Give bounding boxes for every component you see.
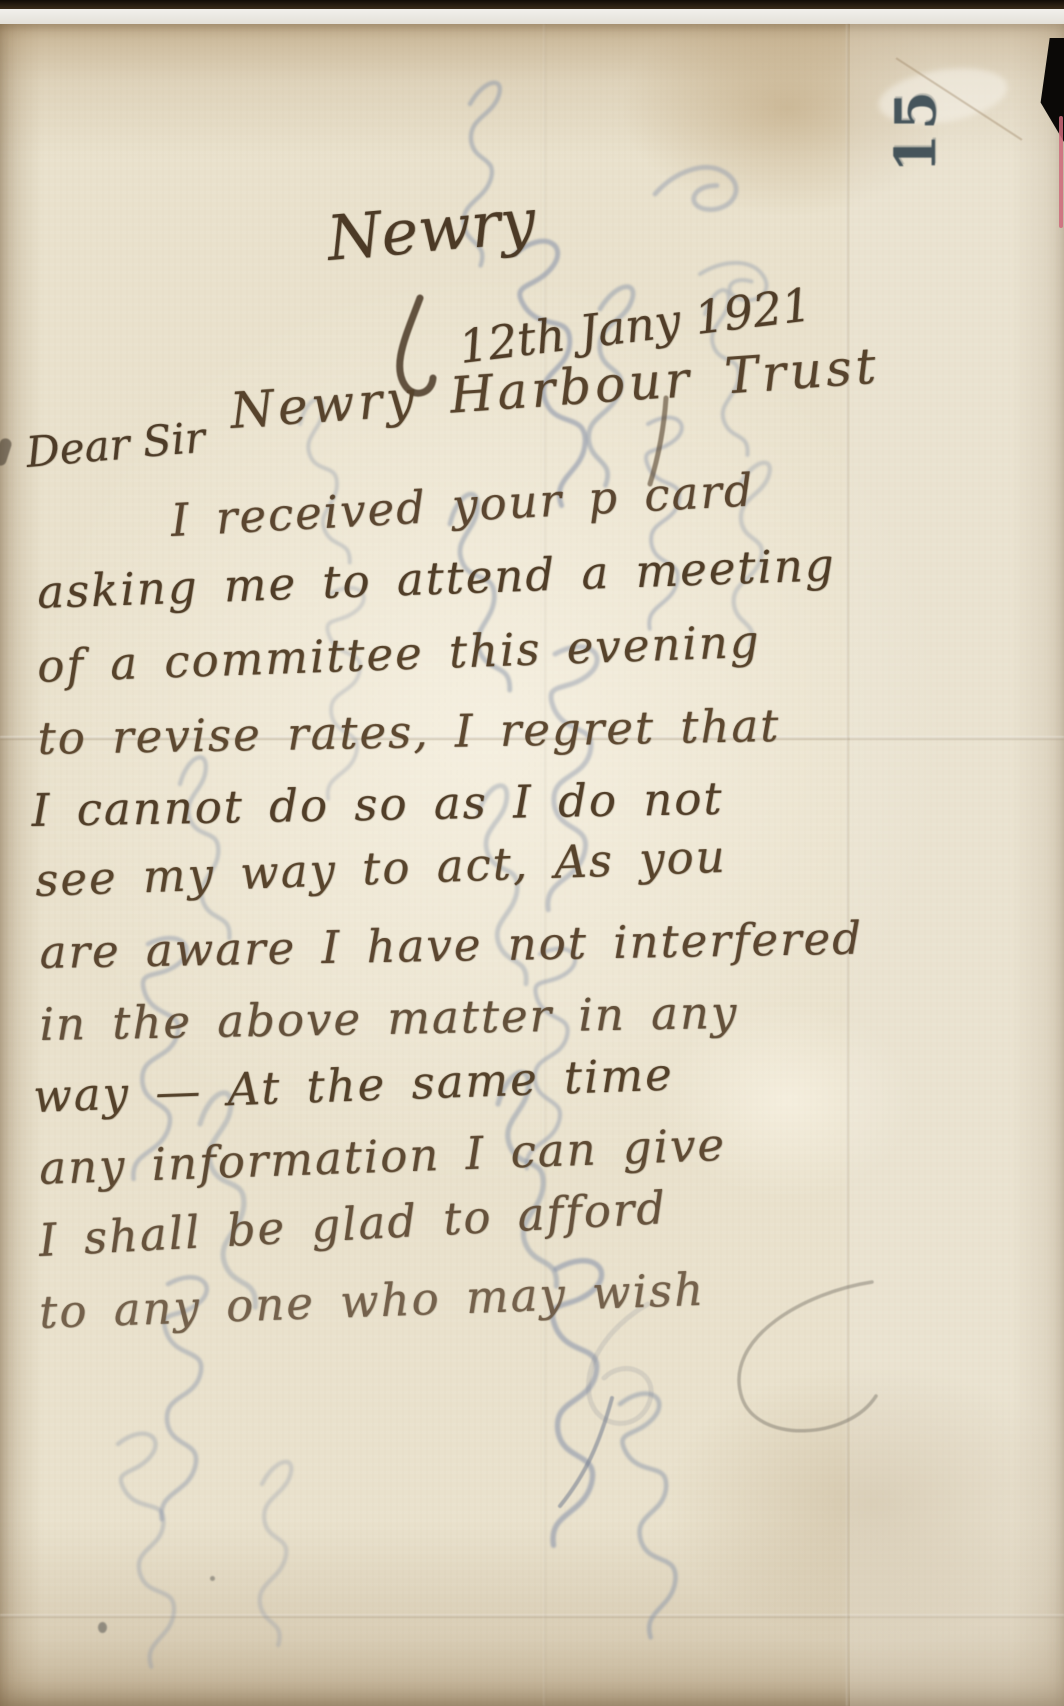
binding-gutter-edge [0,0,1064,9]
letter-line-6: see my way to act, As you [34,834,727,903]
letter-line-5: I cannot do so as I do not [31,776,724,833]
signature-flourish-tail [560,1398,612,1506]
letter-place: Newry [325,190,538,270]
letter-line-11: I shall be glad to afford [38,1185,668,1263]
letter-line-9: way — At the same time [32,1052,674,1119]
letter-line-10: any information I can give [38,1122,726,1191]
paper-speck [98,1622,107,1633]
letter-paper: 15 Newry 12th Jany 1921 Newry Harbour Tr… [0,24,1064,1706]
red-edge-thread [1059,116,1063,228]
folio-number-stamp: 15 [872,80,960,180]
letter-line-4: to revise rates, I regret that [37,703,780,761]
left-edge-ink-mark [0,437,13,467]
letter-line-3: of a committee this evening [36,619,761,689]
folio-number: 15 [888,87,944,173]
paper-speck [210,1576,215,1581]
scanned-letter-page: 15 Newry 12th Jany 1921 Newry Harbour Tr… [0,0,1064,1706]
letter-line-2: asking me to attend a meeting [36,542,836,615]
letter-salutation: Dear Sir [24,417,206,474]
signature-flourish [589,1304,652,1423]
letter-line-7: are aware I have not interfered [39,916,863,975]
letter-line-8: in the above matter in any [39,990,738,1047]
vertical-fold-crease [846,24,849,1706]
letter-line-12: to any one who may wish [38,1267,705,1335]
right-fold-panel [850,24,1064,1706]
letter-line-1: I received your p card [170,467,756,543]
